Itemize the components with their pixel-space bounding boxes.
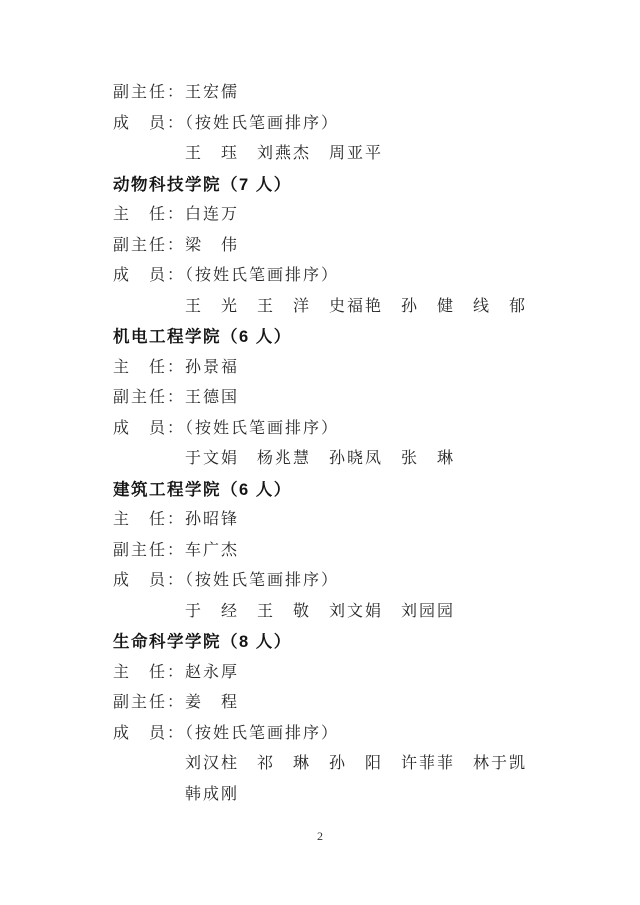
field-value: （按姓氏笔画排序）	[185, 572, 339, 589]
field-line: 成 员：（按姓氏笔画排序）	[113, 261, 610, 292]
field-value: 王宏儒	[185, 84, 239, 101]
section-heading: 生命科学学院（8 人）	[113, 627, 610, 658]
member-names-line: 于 经 王 敬 刘文娟 刘园园	[113, 597, 610, 628]
field-line: 副主任：车广杰	[113, 536, 610, 567]
member-names-line: 王 光 王 洋 史福艳 孙 健 线 郁	[113, 292, 610, 323]
field-label: 成 员：	[113, 420, 185, 437]
field-line: 成 员：（按姓氏笔画排序）	[113, 566, 610, 597]
page-footer: 2	[0, 827, 640, 845]
member-names-line: 于文娟 杨兆慧 孙晓凤 张 琳	[113, 444, 610, 475]
field-value: （按姓氏笔画排序）	[185, 725, 339, 742]
field-label: 主 任：	[113, 359, 185, 376]
field-value: 车广杰	[185, 542, 239, 559]
field-line: 副主任：王宏儒	[113, 78, 610, 109]
field-label: 副主任：	[113, 237, 185, 254]
field-line: 成 员：（按姓氏笔画排序）	[113, 719, 610, 750]
field-line: 主 任：孙景福	[113, 353, 610, 384]
field-value: 王德国	[185, 389, 239, 406]
field-value: （按姓氏笔画排序）	[185, 267, 339, 284]
member-names-line: 王 珏 刘燕杰 周亚平	[113, 139, 610, 170]
field-value: 梁 伟	[185, 237, 239, 254]
field-value: （按姓氏笔画排序）	[185, 420, 339, 437]
field-label: 成 员：	[113, 267, 185, 284]
field-line: 主 任：孙昭锋	[113, 505, 610, 536]
member-names-line: 韩成刚	[113, 780, 610, 811]
member-names-line: 刘汉柱 祁 琳 孙 阳 许菲菲 林于凯	[113, 749, 610, 780]
field-value: 姜 程	[185, 694, 239, 711]
field-label: 成 员：	[113, 115, 185, 132]
document-page: 副主任：王宏儒成 员：（按姓氏笔画排序）王 珏 刘燕杰 周亚平动物科技学院（7 …	[0, 0, 640, 905]
field-line: 主 任：白连万	[113, 200, 610, 231]
field-label: 副主任：	[113, 694, 185, 711]
field-value: 孙景福	[185, 359, 239, 376]
field-line: 主 任：赵永厚	[113, 658, 610, 689]
field-label: 副主任：	[113, 542, 185, 559]
page-number: 2	[317, 829, 323, 843]
field-line: 副主任：王德国	[113, 383, 610, 414]
field-line: 副主任：梁 伟	[113, 231, 610, 262]
field-label: 主 任：	[113, 206, 185, 223]
field-label: 主 任：	[113, 664, 185, 681]
field-line: 成 员：（按姓氏笔画排序）	[113, 109, 610, 140]
field-label: 副主任：	[113, 389, 185, 406]
field-label: 主 任：	[113, 511, 185, 528]
field-value: 孙昭锋	[185, 511, 239, 528]
field-label: 成 员：	[113, 725, 185, 742]
field-label: 成 员：	[113, 572, 185, 589]
field-line: 副主任：姜 程	[113, 688, 610, 719]
field-value: （按姓氏笔画排序）	[185, 115, 339, 132]
section-heading: 机电工程学院（6 人）	[113, 322, 610, 353]
field-label: 副主任：	[113, 84, 185, 101]
field-value: 赵永厚	[185, 664, 239, 681]
document-content: 副主任：王宏儒成 员：（按姓氏笔画排序）王 珏 刘燕杰 周亚平动物科技学院（7 …	[113, 78, 610, 810]
section-heading: 动物科技学院（7 人）	[113, 170, 610, 201]
section-heading: 建筑工程学院（6 人）	[113, 475, 610, 506]
field-value: 白连万	[185, 206, 239, 223]
field-line: 成 员：（按姓氏笔画排序）	[113, 414, 610, 445]
